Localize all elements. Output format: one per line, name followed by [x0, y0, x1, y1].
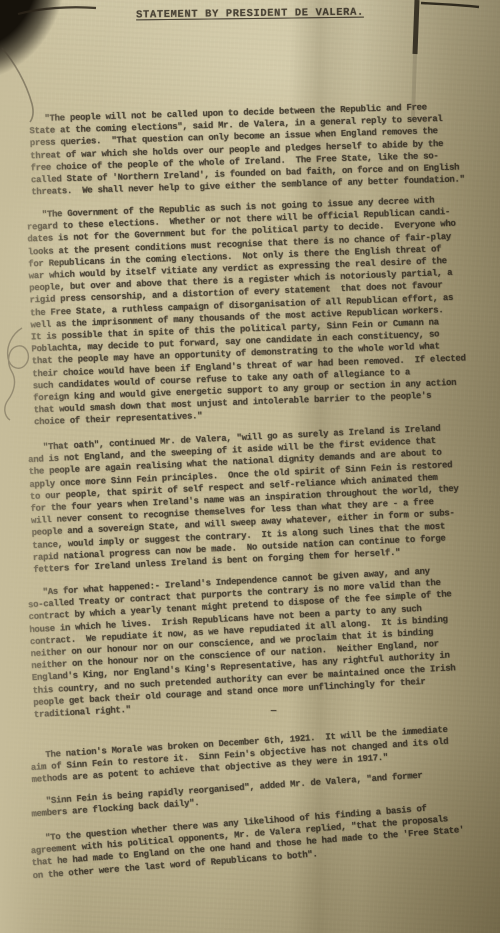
paragraph-that-oath: "That oath", continued Mr. de Valera, "w…	[27, 421, 479, 576]
document-title: STATEMENT BY PRESIDENT DE VALERA.	[0, 5, 500, 23]
document-body: "The people will not be called upon to d…	[30, 100, 476, 855]
paragraph-independence: "As for what happened:- Ireland's Indepe…	[27, 563, 480, 721]
scanned-document-page: STATEMENT BY PRESIDENT DE VALERA. "The p…	[0, 0, 500, 933]
pencil-scribble-margin	[5, 328, 29, 420]
paragraph-government-decree: "The Government of the Republic as such …	[26, 193, 480, 429]
page-curl-crease	[2, 48, 33, 122]
paragraph-elections-quote: "The people will not be called upon to d…	[29, 100, 477, 199]
